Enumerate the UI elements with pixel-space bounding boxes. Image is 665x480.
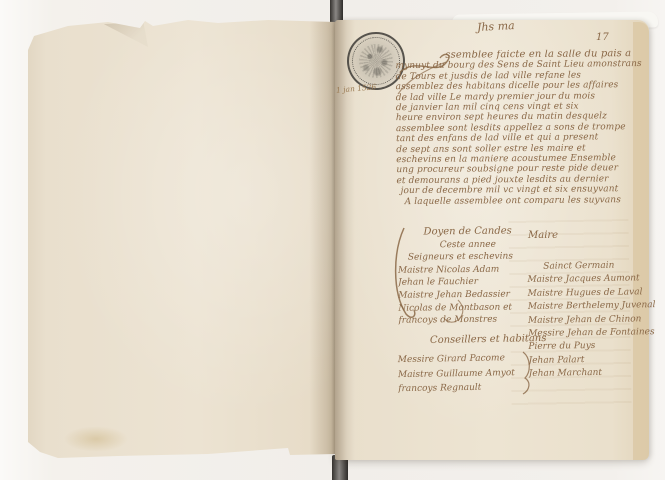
manuscript-line: Maistre Berthelemy Juvenal bbox=[528, 299, 660, 314]
manuscript-line: Jehan Marchant bbox=[529, 366, 661, 381]
corner-fold bbox=[102, 22, 148, 48]
manuscript-line: Maistre Guillaume Amyot bbox=[398, 365, 533, 382]
invocation-header-mark: Jhs ma bbox=[477, 19, 515, 34]
maire-label: Maire bbox=[528, 230, 558, 241]
main-paragraph: ssemblee faicte en la salle du pais amyn… bbox=[395, 49, 660, 207]
left-page-blank-verso bbox=[28, 18, 335, 458]
lower-left-name-list: Messire Girard PacomeMaistre Guillaume A… bbox=[398, 351, 534, 397]
manuscript-line: francoys Regnault bbox=[398, 380, 533, 397]
gutter-shadow-left bbox=[309, 18, 335, 458]
folio-number: 17 bbox=[596, 32, 609, 43]
manuscript-line: francoys de Monstres bbox=[398, 313, 538, 327]
scanned-manuscript-spread: 1 jan 1526 Jhs ma 17 ssemblee faicte en … bbox=[0, 0, 665, 480]
lower-section-header: Conseillers et habitans bbox=[430, 333, 547, 346]
left-name-list: Doyen de CandesCeste anneeSeigneurs et e… bbox=[397, 225, 538, 327]
right-name-list: Sainct GermainMaistre Jacques AumontMais… bbox=[527, 259, 661, 381]
paper-stain bbox=[64, 426, 128, 452]
manuscript-line: Messire Jehan de Fontaines bbox=[528, 326, 660, 341]
